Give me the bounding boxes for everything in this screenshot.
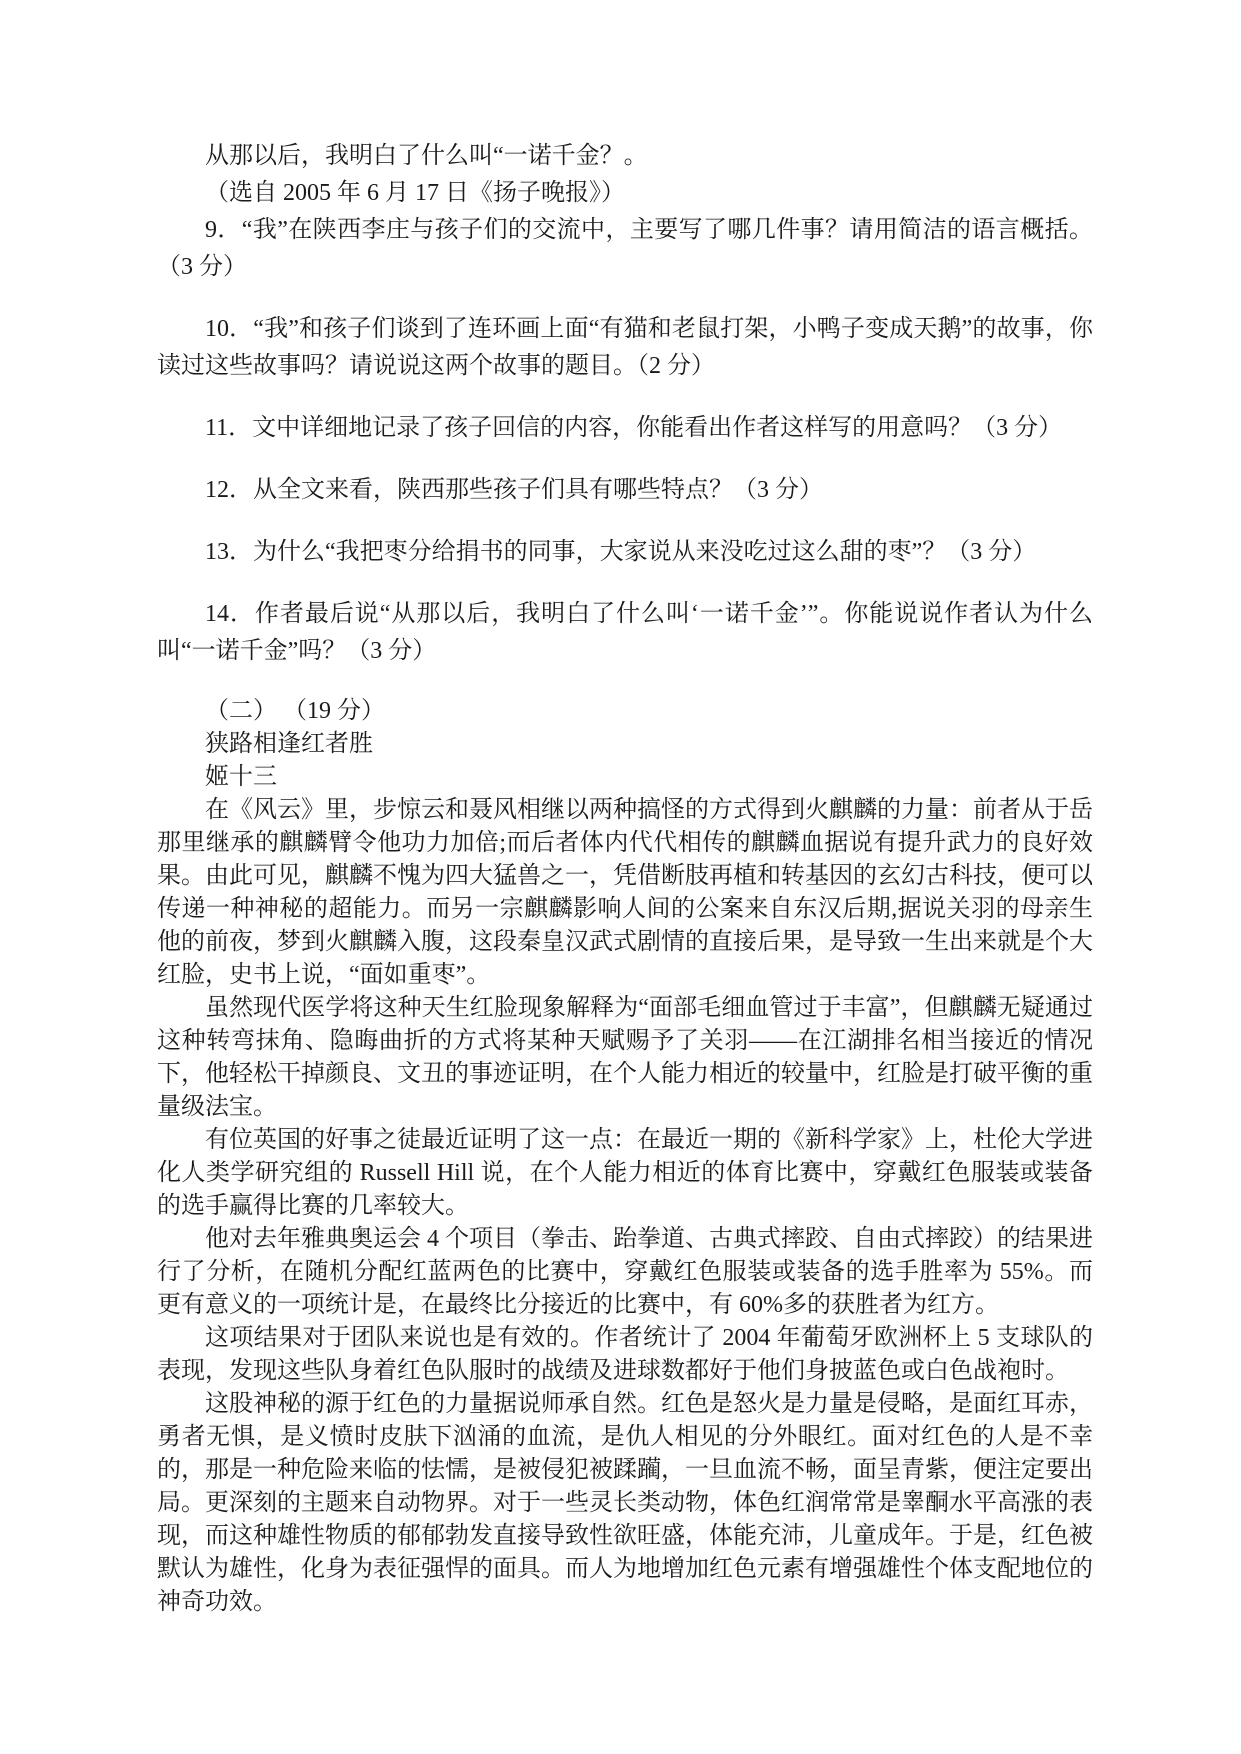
section-two-heading: （二） （19 分） (157, 695, 1093, 728)
passage-paragraph-3: 有位英国的好事之徒最近证明了这一点：在最近一期的《新科学家》上，杜伦大学进化人类… (157, 1124, 1093, 1223)
closing-line: 从那以后，我明白了什么叫“一诺千金？。 (157, 138, 1093, 175)
question-11: 11．文中详细地记录了孩子回信的内容，你能看出作者这样写的用意吗？（3 分） (157, 410, 1093, 447)
passage-title: 狭路相逢红者胜 (157, 728, 1093, 761)
question-13: 13．为什么“我把枣分给捐书的同事，大家说从来没吃过这么甜的枣”？（3 分） (157, 534, 1093, 571)
question-10: 10．“我”和孩子们谈到了连环画上面“有猫和老鼠打架，小鸭子变成天鹅”的故事，你… (157, 311, 1093, 385)
document-page: 从那以后，我明白了什么叫“一诺千金？。 （选自 2005 年 6 月 17 日《… (0, 0, 1241, 1754)
passage-paragraph-5: 这项结果对于团队来说也是有效的。作者统计了 2004 年葡萄牙欧洲杯上 5 支球… (157, 1322, 1093, 1388)
section-two: （二） （19 分） 狭路相逢红者胜 姬十三 在《风云》里，步惊云和聂风相继以两… (157, 695, 1093, 1619)
passage-author: 姬十三 (157, 761, 1093, 794)
passage-paragraph-1: 在《风云》里，步惊云和聂风相继以两种搞怪的方式得到火麒麟的力量：前者从于岳那里继… (157, 794, 1093, 992)
question-9: 9．“我”在陕西李庄与孩子们的交流中，主要写了哪几件事？请用简洁的语言概括。（3… (157, 212, 1093, 286)
passage-paragraph-2: 虽然现代医学将这种天生红脸现象解释为“面部毛细血管过于丰富”，但麒麟无疑通过这种… (157, 992, 1093, 1124)
question-14: 14．作者最后说“从那以后，我明白了什么叫‘一诺千金’”。你能说说作者认为什么叫… (157, 596, 1093, 670)
passage-paragraph-4: 他对去年雅典奥运会 4 个项目（拳击、跆拳道、古典式摔跤、自由式摔跤）的结果进行… (157, 1223, 1093, 1322)
passage-paragraph-6: 这股神秘的源于红色的力量据说师承自然。红色是怒火是力量是侵略，是面红耳赤，勇者无… (157, 1388, 1093, 1619)
question-12: 12．从全文来看，陕西那些孩子们具有哪些特点？（3 分） (157, 472, 1093, 509)
source-attribution: （选自 2005 年 6 月 17 日《扬子晚报》） (157, 175, 1093, 212)
page-content: 从那以后，我明白了什么叫“一诺千金？。 （选自 2005 年 6 月 17 日《… (157, 138, 1093, 1619)
